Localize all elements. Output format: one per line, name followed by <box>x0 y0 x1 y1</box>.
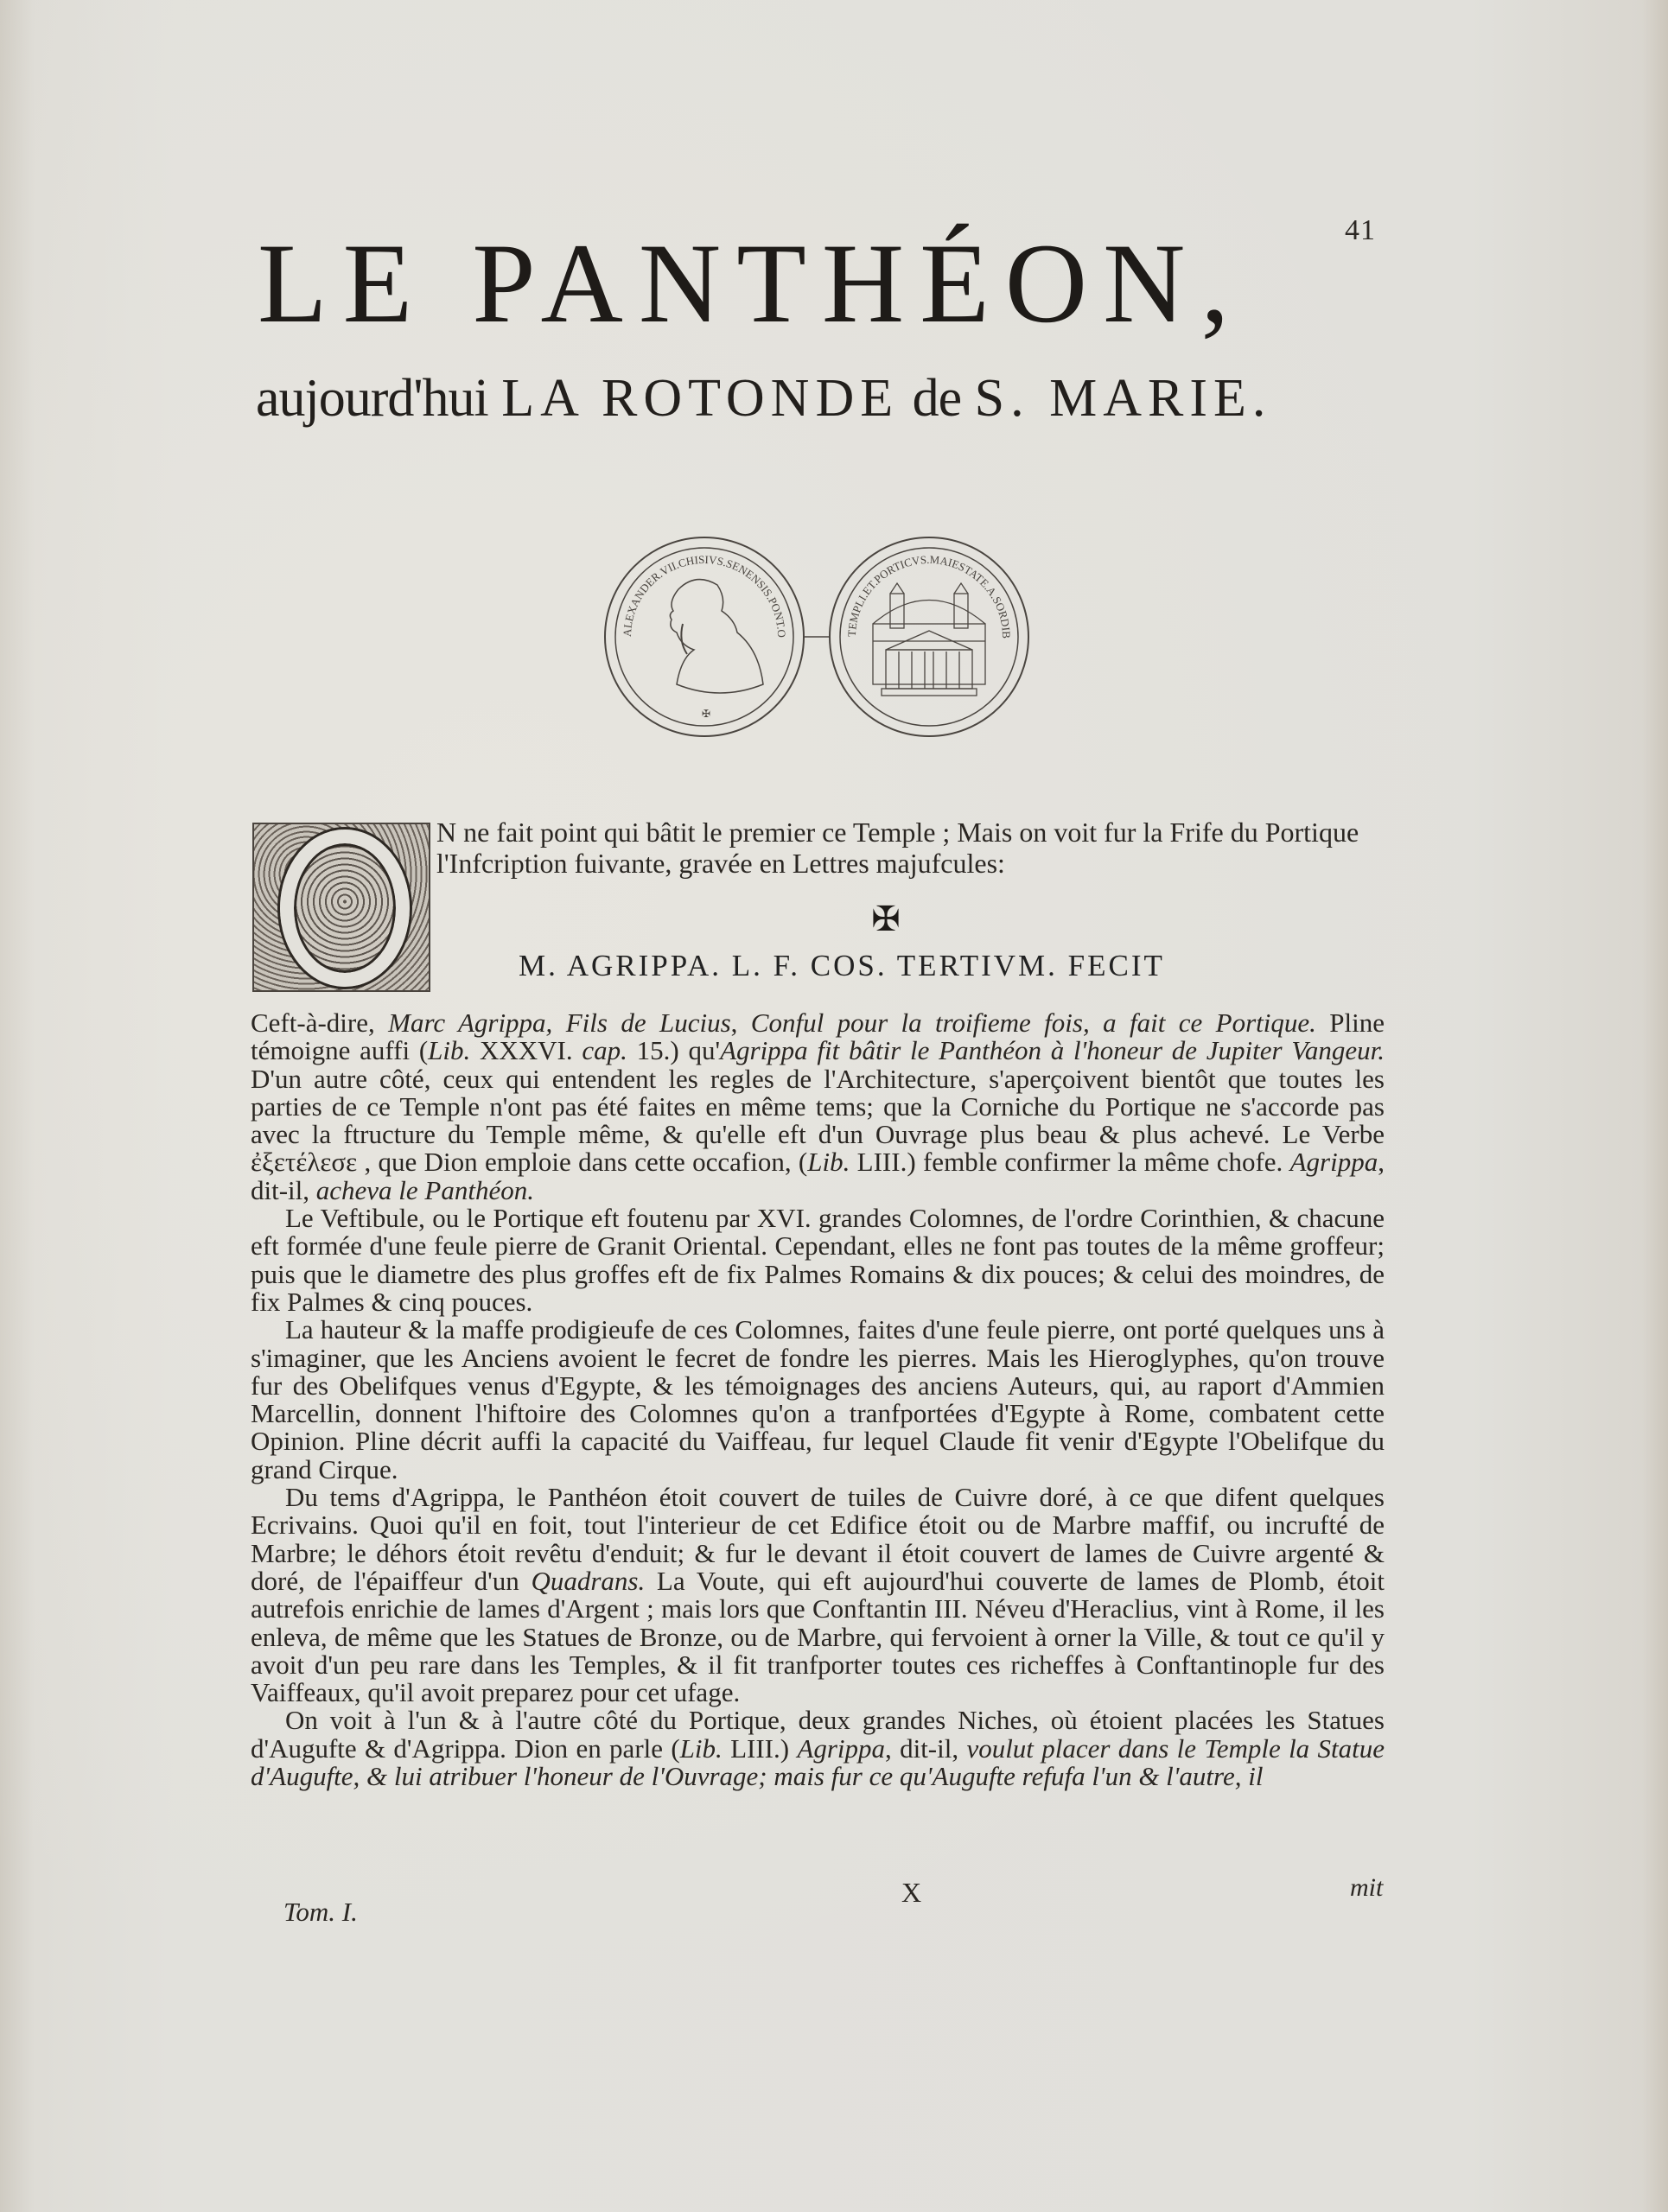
text-run: LIII.) femble confirmer la même chofe. <box>850 1147 1289 1177</box>
text-run: ἐξετέλεσε <box>251 1147 357 1177</box>
page-title: LE PANTHÉON, <box>258 226 1381 340</box>
text-run: D'un autre côté, ceux qui entendent les … <box>251 1064 1385 1150</box>
italic-run: Lib. <box>428 1035 470 1065</box>
italic-run: Marc Agrippa, Fils de Lucius <box>388 1007 731 1038</box>
text-run: XXXVI. <box>470 1035 582 1065</box>
svg-text:TEMPLI.ET.PORTICVS.MAIESTATE.A: TEMPLI.ET.PORTICVS.MAIESTATE.A.SORDIBVS.… <box>596 529 1013 639</box>
catchword: mit <box>1350 1873 1383 1903</box>
subtitle-prefix: aujourd'hui <box>256 369 488 428</box>
body-paragraph: Du tems d'Agrippa, le Panthéon étoit cou… <box>251 1484 1385 1707</box>
left-medal-legend: ALEXANDER.VII.CHISIVS.SENENSIS.PONT.OPT.… <box>596 529 788 638</box>
volume-label: Tom. I. <box>283 1897 358 1928</box>
italic-run: Quadrans. <box>531 1566 645 1596</box>
svg-text:✠: ✠ <box>702 708 710 720</box>
medal-illustrations: ALEXANDER.VII.CHISIVS.SENENSIS.PONT.OPT.… <box>596 529 1046 745</box>
italic-run: Lib. <box>807 1147 850 1177</box>
cross-icon: ✠ <box>869 899 903 939</box>
italic-run: Agrippa <box>797 1733 885 1764</box>
body-paragraph: Ceft-à-dire, Marc Agrippa, Fils de Luciu… <box>251 1009 1385 1205</box>
text-run: Ceft-à-dire, <box>251 1007 388 1038</box>
text-run: , dit-il, <box>885 1733 966 1764</box>
initial-letter-o-icon <box>280 829 410 987</box>
text-run: , que Dion emploie dans cette occafion, … <box>357 1147 807 1177</box>
text-run: 15.) qu' <box>627 1035 720 1065</box>
body-paragraph: Le Veftibule, ou le Portique eft foutenu… <box>251 1205 1385 1316</box>
text-run: Le Veftibule, ou le Portique eft foutenu… <box>251 1203 1385 1317</box>
text-run: LIII.) <box>723 1733 798 1764</box>
body-paragraph: La hauteur & la maffe prodigieufe de ces… <box>251 1316 1385 1484</box>
subtitle-tail: S. MARIE. <box>975 369 1272 428</box>
italic-run: Conful pour la troifieme fois, a fait ce… <box>751 1007 1316 1038</box>
medals-engraving-icon: ALEXANDER.VII.CHISIVS.SENENSIS.PONT.OPT.… <box>596 529 1046 745</box>
svg-text:ALEXANDER.VII.CHISIVS.SENENSIS: ALEXANDER.VII.CHISIVS.SENENSIS.PONT.OPT.… <box>596 529 788 638</box>
body-text: Ceft-à-dire, Marc Agrippa, Fils de Luciu… <box>251 1009 1385 1790</box>
subtitle-main: LA ROTONDE <box>501 369 899 428</box>
italic-run: cap. <box>582 1035 627 1065</box>
subtitle-joiner: de <box>913 369 962 428</box>
italic-run: Agrippa <box>1290 1147 1378 1177</box>
body-paragraph: On voit à l'un & à l'autre côté du Porti… <box>251 1707 1385 1790</box>
intro-paragraph: N ne fait point qui bâtit le premier ce … <box>436 817 1404 879</box>
book-page: 41 LE PANTHÉON, aujourd'hui LA ROTONDE d… <box>0 0 1668 2212</box>
italic-run: Agrippa fit bâtir le Panthéon à l'honeur… <box>720 1035 1385 1065</box>
page-subtitle: aujourd'hui LA ROTONDE de S. MARIE. <box>256 372 1379 425</box>
italic-run: acheva le Panthéon. <box>316 1175 534 1205</box>
italic-run: Lib. <box>680 1733 723 1764</box>
latin-inscription: M. AGRIPPA. L. F. COS. TERTIVM. FECIT <box>519 949 1296 983</box>
right-medal-legend: TEMPLI.ET.PORTICVS.MAIESTATE.A.SORDIBVS.… <box>596 529 1013 639</box>
decorated-initial <box>252 823 430 992</box>
text-run: La hauteur & la maffe prodigieufe de ces… <box>251 1314 1385 1484</box>
signature-mark: X <box>901 1877 921 1909</box>
text-run: , <box>731 1007 751 1038</box>
